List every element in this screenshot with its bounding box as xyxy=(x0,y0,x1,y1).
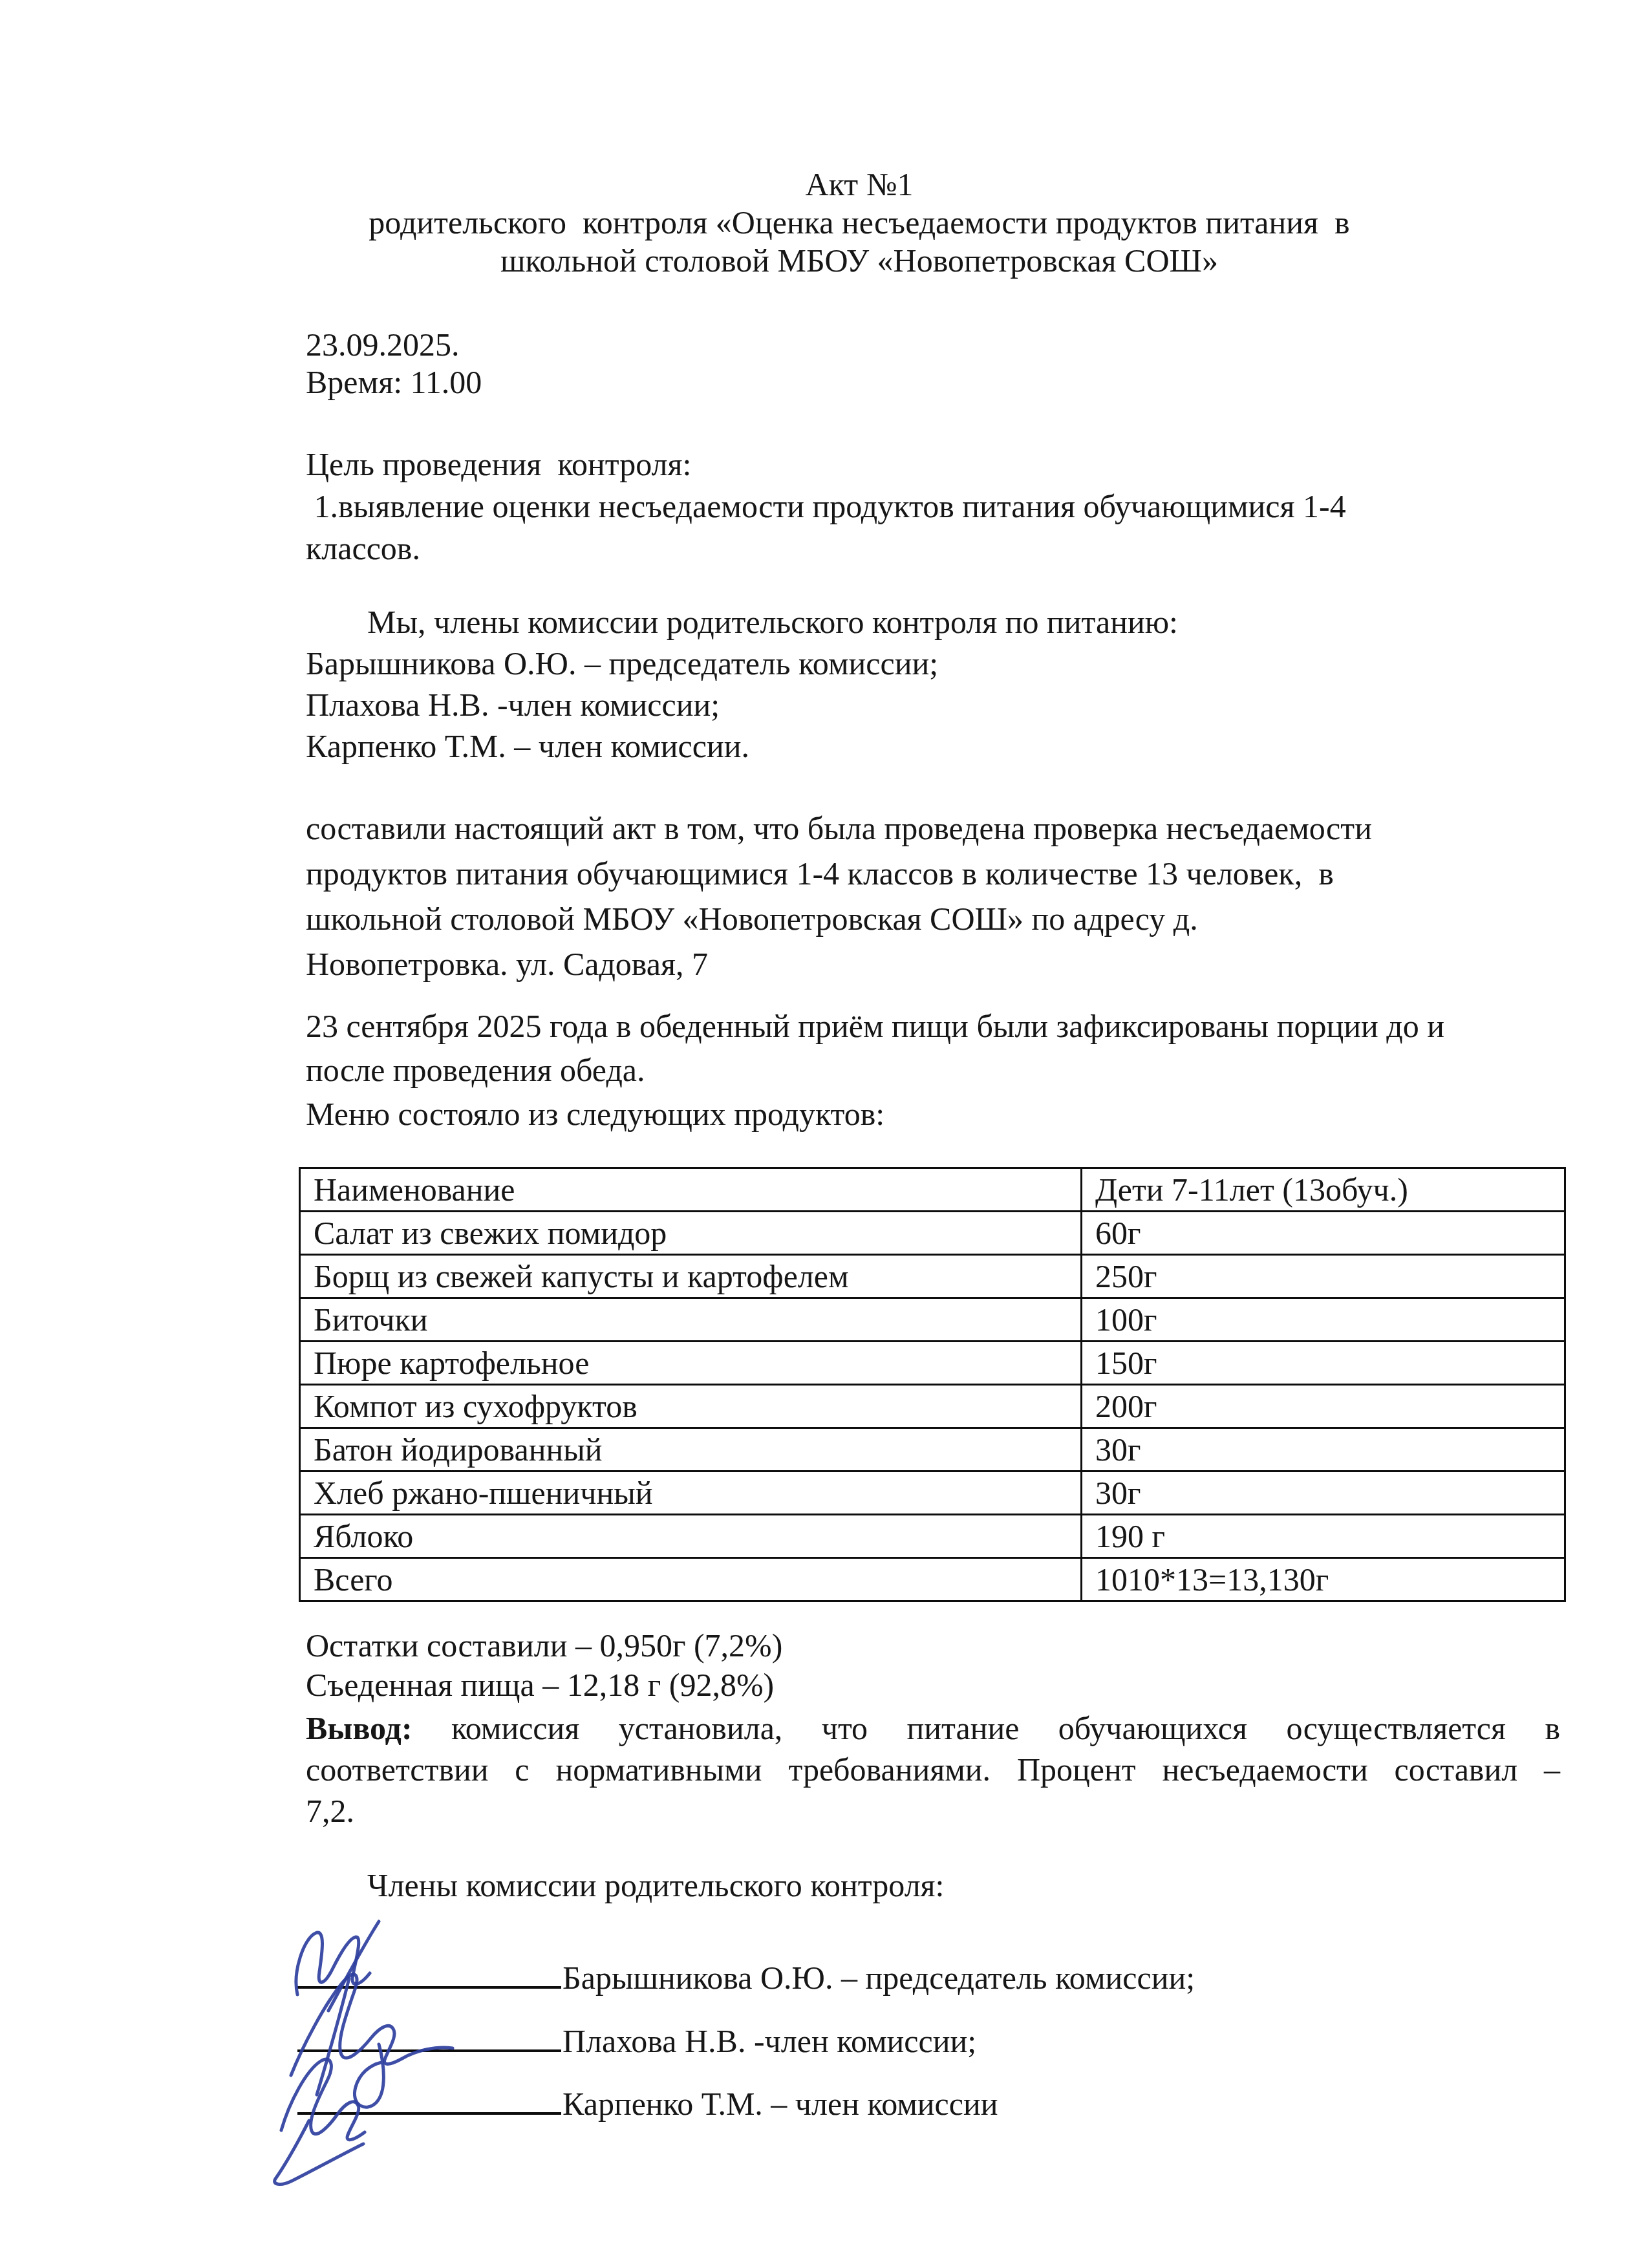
commission-intro: Мы, члены комиссии родительского контрол… xyxy=(306,601,1560,643)
time-line: Время: 11.00 xyxy=(306,363,1560,401)
dish-name: Хлеб ржано-пшеничный xyxy=(300,1471,1082,1515)
table-row: Биточки 100г xyxy=(300,1298,1565,1342)
signatory-name: Карпенко Т.М. – член комиссии xyxy=(562,2086,998,2122)
dish-portion: 250г xyxy=(1082,1255,1565,1298)
dish-portion: 200г xyxy=(1082,1385,1565,1428)
menu-table-header-portion: Дети 7-11лет (13обуч.) xyxy=(1082,1168,1565,1212)
dish-portion: 30г xyxy=(1082,1428,1565,1471)
signatory-name: Плахова Н.В. -член комиссии; xyxy=(562,2023,976,2059)
menu-table-header-name: Наименование xyxy=(300,1168,1082,1212)
conclusion-line: соответствии с нормативными требованиями… xyxy=(306,1749,1560,1790)
signature-ink-3 xyxy=(275,2059,365,2184)
table-row: Компот из сухофруктов 200г xyxy=(300,1385,1565,1428)
act-statement-line: составили настоящий акт в том, что была … xyxy=(306,806,1560,851)
menu-intro-line: Меню состояло из следующих продуктов: xyxy=(306,1092,1560,1136)
total-value: 1010*13=13,130г xyxy=(1082,1558,1565,1601)
table-row: Салат из свежих помидор 60г xyxy=(300,1212,1565,1255)
table-row-total: Всего 1010*13=13,130г xyxy=(300,1558,1565,1601)
lunch-line: 23 сентября 2025 года в обеденный приём … xyxy=(306,1004,1560,1048)
table-row: Яблоко 190 г xyxy=(300,1515,1565,1558)
commission-member: Барышникова О.Ю. – председатель комиссии… xyxy=(306,643,1560,684)
menu-table-header-row: Наименование Дети 7-11лет (13обуч.) xyxy=(300,1168,1565,1212)
table-row: Хлеб ржано-пшеничный 30г xyxy=(300,1471,1565,1515)
signature-ink-1 xyxy=(296,1921,379,2011)
purpose-item: 1.выявление оценки несъедаемости продукт… xyxy=(306,486,1560,528)
commission-member: Плахова Н.В. -член комиссии; xyxy=(306,684,1560,725)
signatures-heading: Члены комиссии родительского контроля: xyxy=(306,1866,1560,1905)
document-meta: 23.09.2025. Время: 11.00 xyxy=(306,326,1560,401)
signatory-name: Барышникова О.Ю. – председатель комиссии… xyxy=(562,1960,1195,1996)
date-line: 23.09.2025. xyxy=(306,326,1560,363)
commission-member: Карпенко Т.М. – член комиссии. xyxy=(306,725,1560,767)
purpose-heading: Цель проведения контроля: xyxy=(306,444,1560,486)
dish-portion: 100г xyxy=(1082,1298,1565,1342)
eaten-line: Съеденная пища – 12,18 г (92,8%) xyxy=(306,1665,1560,1705)
conclusion-label: Вывод: xyxy=(306,1710,412,1746)
conclusion-line: 7,2. xyxy=(306,1790,1560,1832)
table-row: Батон йодированный 30г xyxy=(300,1428,1565,1471)
dish-name: Компот из сухофруктов xyxy=(300,1385,1082,1428)
handwritten-signatures xyxy=(252,1907,485,2192)
dish-portion: 150г xyxy=(1082,1342,1565,1385)
dish-portion: 30г xyxy=(1082,1471,1565,1515)
scanned-act-document: Акт №1 родительского контроля «Оценка не… xyxy=(0,0,1650,2268)
menu-table: Наименование Дети 7-11лет (13обуч.) Сала… xyxy=(299,1167,1566,1602)
act-statement: составили настоящий акт в том, что была … xyxy=(306,806,1560,987)
dish-name: Пюре картофельное xyxy=(300,1342,1082,1385)
document-subtitle-line2: школьной столовой МБОУ «Новопетровская С… xyxy=(306,242,1413,280)
act-statement-line: школьной столовой МБОУ «Новопетровская С… xyxy=(306,896,1560,941)
document-subtitle-line1: родительского контроля «Оценка несъедаем… xyxy=(306,204,1413,242)
dish-name: Яблоко xyxy=(300,1515,1082,1558)
document-heading: Акт №1 родительского контроля «Оценка не… xyxy=(306,166,1413,280)
document-title: Акт №1 xyxy=(306,166,1413,204)
table-row: Борщ из свежей капусты и картофелем 250г xyxy=(300,1255,1565,1298)
leftovers-line: Остатки составили – 0,950г (7,2%) xyxy=(306,1626,1560,1665)
purpose-item-continued: классов. xyxy=(306,528,1560,570)
act-statement-line: Новопетровка. ул. Садовая, 7 xyxy=(306,941,1560,987)
dish-name: Батон йодированный xyxy=(300,1428,1082,1471)
dish-name: Салат из свежих помидор xyxy=(300,1212,1082,1255)
results-summary: Остатки составили – 0,950г (7,2%) Съеден… xyxy=(306,1626,1560,1705)
conclusion-paragraph: Вывод: комиссия установила, что питание … xyxy=(306,1707,1560,1832)
dish-name: Биточки xyxy=(300,1298,1082,1342)
control-purpose: Цель проведения контроля: 1.выявление оц… xyxy=(306,444,1560,570)
dish-portion: 60г xyxy=(1082,1212,1565,1255)
lunch-description: 23 сентября 2025 года в обеденный приём … xyxy=(306,1004,1560,1136)
total-label: Всего xyxy=(300,1558,1082,1601)
conclusion-line: Вывод: комиссия установила, что питание … xyxy=(306,1707,1560,1749)
dish-portion: 190 г xyxy=(1082,1515,1565,1558)
dish-name: Борщ из свежей капусты и картофелем xyxy=(300,1255,1082,1298)
act-statement-line: продуктов питания обучающимися 1-4 класс… xyxy=(306,851,1560,896)
signature-ink-2 xyxy=(291,1974,453,2107)
lunch-line: после проведения обеда. xyxy=(306,1048,1560,1092)
commission-members-list: Мы, члены комиссии родительского контрол… xyxy=(306,601,1560,767)
table-row: Пюре картофельное 150г xyxy=(300,1342,1565,1385)
conclusion-text: комиссия установила, что питание обучающ… xyxy=(412,1710,1560,1746)
